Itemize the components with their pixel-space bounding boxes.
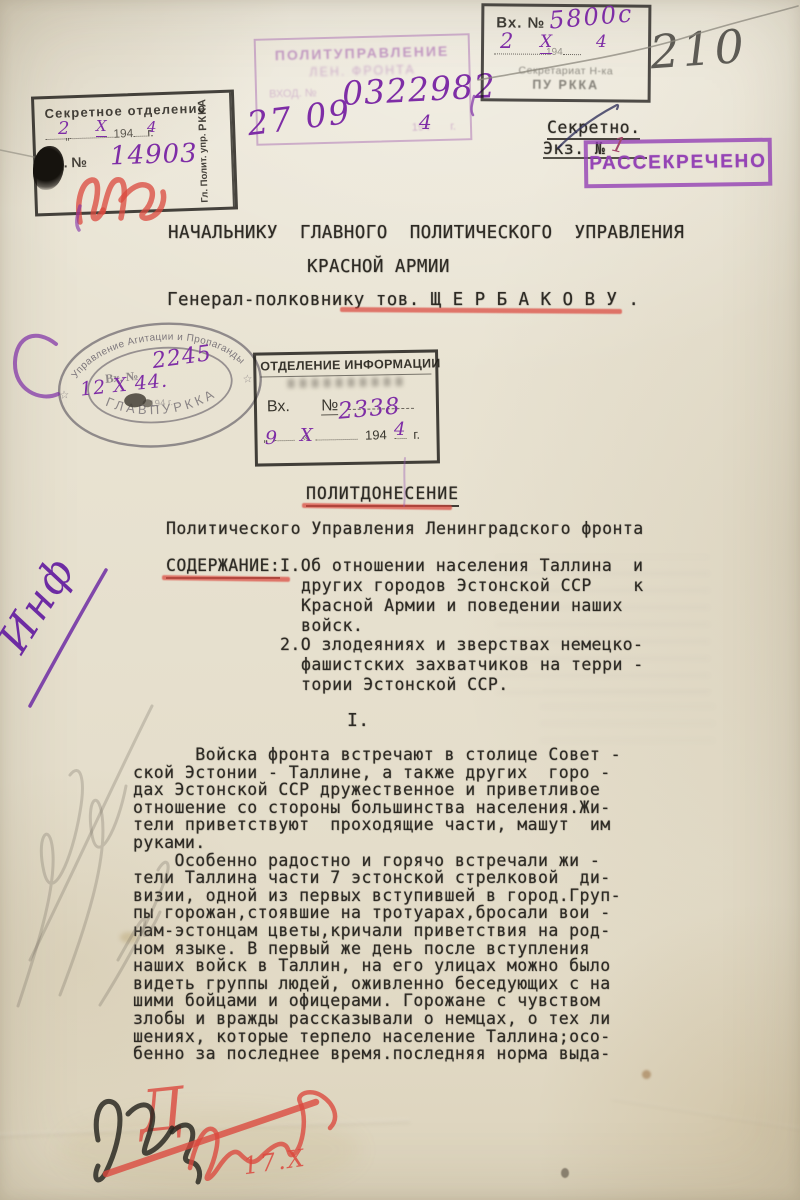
- purple-stray-mark: [471, 96, 474, 115]
- inf-underline-stroke: [30, 570, 106, 706]
- purple-left-edge-loop: [15, 336, 58, 397]
- handwriting-strokes: [0, 0, 800, 1200]
- red-top-scribble: [79, 180, 164, 222]
- faint-pencil-signature: [18, 706, 168, 1006]
- purple-info-stamp-drip: [404, 458, 405, 506]
- pencil-edge-line: [0, 150, 34, 157]
- document-page: Секретно. Экз. № НАЧАЛЬНИКУ ГЛАВНОГО ПОЛ…: [0, 0, 800, 1200]
- secretno-strike: [558, 105, 618, 148]
- pencil-curve-top-right: [478, 6, 798, 80]
